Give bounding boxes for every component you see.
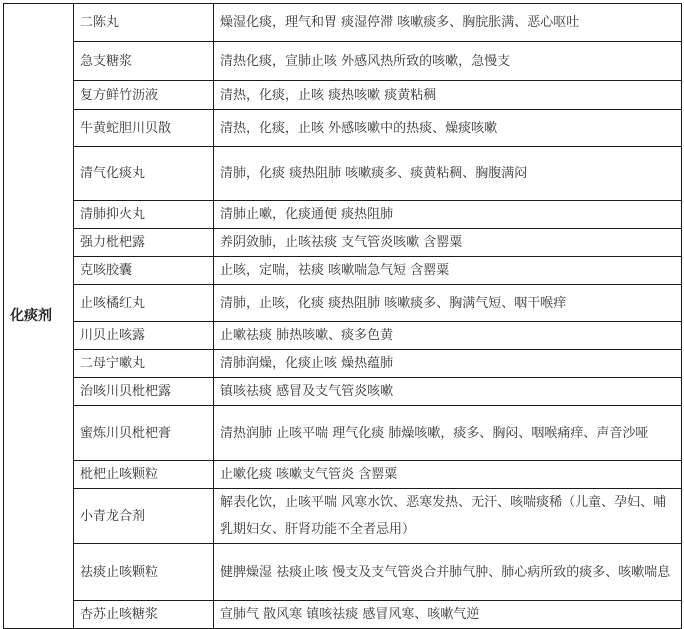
table-row: 复方鲜竹沥液清热，化痰，止咳 痰热咳嗽 痰黄粘稠: [4, 81, 682, 110]
medicine-name: 二母宁嗽丸: [74, 350, 214, 378]
medicine-description: 清肺润燥，化痰止咳 燥热蕴肺: [214, 350, 682, 378]
medicine-name: 二陈丸: [74, 4, 214, 42]
medicine-name: 止咳橘红丸: [74, 285, 214, 322]
table-row: 牛黄蛇胆川贝散清热，化痰，止咳 外感咳嗽中的热痰、燥痰咳嗽: [4, 110, 682, 147]
table-row: 化痰剂二陈丸燥湿化痰，理气和胃 痰湿停滞 咳嗽痰多、胸脘胀满、恶心呕吐: [4, 4, 682, 42]
table-row: 蜜炼川贝枇杷膏清热润肺 止咳平喘 理气化痰 肺燥咳嗽，痰多、胸闷、咽喉痛痒、声音…: [4, 406, 682, 461]
table-row: 治咳川贝枇杷露镇咳祛痰 感冒及支气管炎咳嗽: [4, 378, 682, 406]
table-row: 川贝止咳露止嗽祛痰 肺热咳嗽、痰多色黄: [4, 322, 682, 350]
table-row: 祛痰止咳颗粒健脾燥湿 祛痰止咳 慢支及支气管炎合并肺气肿、肺心病所致的痰多、咳嗽…: [4, 544, 682, 601]
medicine-name: 清肺抑火丸: [74, 201, 214, 229]
table-row: 清肺抑火丸清肺止嗽，化痰通便 痰热阻肺: [4, 201, 682, 229]
table-row: 止咳橘红丸清肺，止咳，化痰 痰热阻肺 咳嗽痰多、胸满气短、咽干喉痒: [4, 285, 682, 322]
medicine-name: 小青龙合剂: [74, 489, 214, 544]
medicine-name: 清气化痰丸: [74, 147, 214, 201]
medicine-description: 清热，化痰，止咳 外感咳嗽中的热痰、燥痰咳嗽: [214, 110, 682, 147]
medicine-description: 清肺止嗽，化痰通便 痰热阻肺: [214, 201, 682, 229]
medicine-name: 牛黄蛇胆川贝散: [74, 110, 214, 147]
medicine-description: 健脾燥湿 祛痰止咳 慢支及支气管炎合并肺气肿、肺心病所致的痰多、咳嗽喘息: [214, 544, 682, 601]
medicine-description: 止嗽化痰 咳嗽支气管炎 含罂粟: [214, 461, 682, 489]
medicine-description: 宣肺气 散风寒 镇咳祛痰 感冒风寒、咳嗽气逆: [214, 601, 682, 629]
medicine-description: 养阴敛肺，止咳祛痰 支气管炎咳嗽 含罂粟: [214, 229, 682, 257]
medicine-description: 清肺，止咳，化痰 痰热阻肺 咳嗽痰多、胸满气短、咽干喉痒: [214, 285, 682, 322]
medicine-name: 克咳胶囊: [74, 257, 214, 285]
medicine-description: 镇咳祛痰 感冒及支气管炎咳嗽: [214, 378, 682, 406]
medicine-description: 止嗽祛痰 肺热咳嗽、痰多色黄: [214, 322, 682, 350]
table-row: 强力枇杷露养阴敛肺，止咳祛痰 支气管炎咳嗽 含罂粟: [4, 229, 682, 257]
table-row: 小青龙合剂解表化饮，止咳平喘 风寒水饮、恶寒发热、无汗、咳喘痰稀（儿童、孕妇、哺…: [4, 489, 682, 544]
category-cell: 化痰剂: [4, 4, 74, 629]
table-row: 克咳胶囊止咳，定喘，祛痰 咳嗽喘急气短 含罂粟: [4, 257, 682, 285]
medicine-description: 燥湿化痰，理气和胃 痰湿停滞 咳嗽痰多、胸脘胀满、恶心呕吐: [214, 4, 682, 42]
medicine-name: 枇杷止咳颗粒: [74, 461, 214, 489]
medicine-name: 川贝止咳露: [74, 322, 214, 350]
table-row: 枇杷止咳颗粒止嗽化痰 咳嗽支气管炎 含罂粟: [4, 461, 682, 489]
medicine-description: 清肺，化痰 痰热阻肺 咳嗽痰多、痰黄粘稠、胸腹满闷: [214, 147, 682, 201]
medicine-description: 清热润肺 止咳平喘 理气化痰 肺燥咳嗽，痰多、胸闷、咽喉痛痒、声音沙哑: [214, 406, 682, 461]
medicine-name: 复方鲜竹沥液: [74, 81, 214, 110]
medicine-table: 化痰剂二陈丸燥湿化痰，理气和胃 痰湿停滞 咳嗽痰多、胸脘胀满、恶心呕吐急支糖浆清…: [3, 3, 682, 629]
medicine-description: 解表化饮，止咳平喘 风寒水饮、恶寒发热、无汗、咳喘痰稀（儿童、孕妇、哺乳期妇女、…: [214, 489, 682, 544]
medicine-description: 止咳，定喘，祛痰 咳嗽喘急气短 含罂粟: [214, 257, 682, 285]
medicine-name: 杏苏止咳糖浆: [74, 601, 214, 629]
table-row: 急支糖浆清热化痰，宣肺止咳 外感风热所致的咳嗽，急慢支: [4, 42, 682, 81]
medicine-name: 蜜炼川贝枇杷膏: [74, 406, 214, 461]
medicine-name: 急支糖浆: [74, 42, 214, 81]
medicine-description: 清热，化痰，止咳 痰热咳嗽 痰黄粘稠: [214, 81, 682, 110]
table-row: 清气化痰丸清肺，化痰 痰热阻肺 咳嗽痰多、痰黄粘稠、胸腹满闷: [4, 147, 682, 201]
medicine-name: 治咳川贝枇杷露: [74, 378, 214, 406]
table-row: 杏苏止咳糖浆宣肺气 散风寒 镇咳祛痰 感冒风寒、咳嗽气逆: [4, 601, 682, 629]
medicine-name: 强力枇杷露: [74, 229, 214, 257]
medicine-description: 清热化痰，宣肺止咳 外感风热所致的咳嗽，急慢支: [214, 42, 682, 81]
table-body: 化痰剂二陈丸燥湿化痰，理气和胃 痰湿停滞 咳嗽痰多、胸脘胀满、恶心呕吐急支糖浆清…: [4, 4, 682, 629]
table-row: 二母宁嗽丸清肺润燥，化痰止咳 燥热蕴肺: [4, 350, 682, 378]
medicine-name: 祛痰止咳颗粒: [74, 544, 214, 601]
